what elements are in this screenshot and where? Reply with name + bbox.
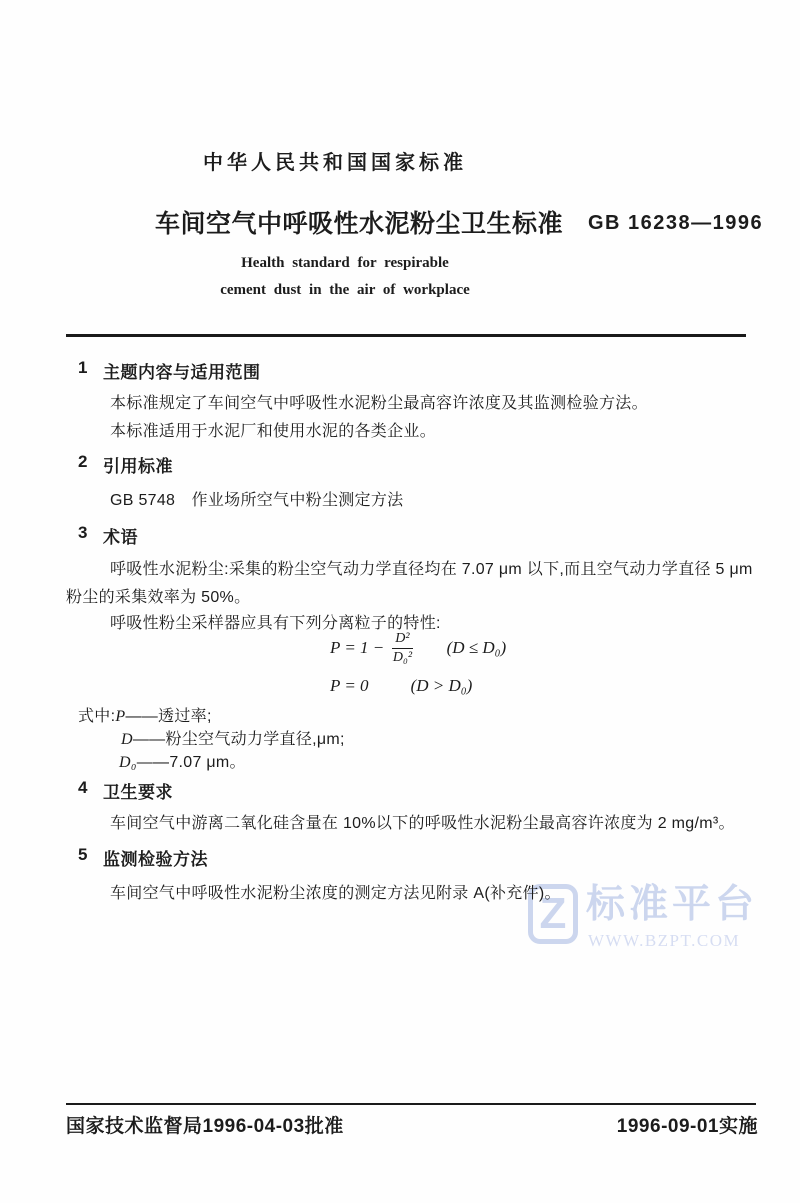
- section-5-heading: 5 监测检验方法: [78, 845, 208, 870]
- where-desc-d0: ——7.07 μm。: [137, 754, 246, 771]
- section-4-title: 卫生要求: [103, 778, 173, 803]
- formula-2-condition: (D > D₀): [411, 676, 473, 696]
- section-5-title: 监测检验方法: [103, 845, 208, 870]
- where-label: 式中:: [78, 708, 115, 725]
- formula-1-denominator: D₀²: [393, 649, 412, 667]
- section-1-heading: 1 主题内容与适用范围: [78, 358, 260, 383]
- where-desc-p: ——透过率;: [125, 708, 211, 725]
- section-2-reference: GB 5748 作业场所空气中粉尘测定方法: [66, 487, 756, 515]
- where-row-p: 式中:P——透过率;: [78, 703, 212, 726]
- country-standard-title: 中华人民共和国国家标准: [203, 146, 467, 175]
- standard-document-page: 中华人民共和国国家标准 车间空气中呼吸性水泥粉尘卫生标准 GB 16238—19…: [0, 0, 800, 1203]
- section-2-title: 引用标准: [103, 452, 173, 477]
- header-divider-rule: [66, 334, 746, 337]
- formula-1-fraction: D² D₀²: [392, 630, 412, 666]
- watermark-url: WWW.BZPT.COM: [588, 931, 758, 951]
- document-title: 车间空气中呼吸性水泥粉尘卫生标准: [155, 204, 563, 240]
- section-1-paragraph-2: 本标准适用于水泥厂和使用水泥的各类企业。: [66, 418, 756, 446]
- implementation-date: 1996-09-01实施: [617, 1111, 758, 1138]
- formula-2-lead: P = 0: [330, 676, 369, 696]
- section-2-number: 2: [78, 452, 88, 477]
- section-3-paragraph-1: 呼吸性水泥粉尘:采集的粉尘空气动力学直径均在 7.07 μm 以下,而且空气动力…: [66, 556, 756, 612]
- section-1-number: 1: [78, 358, 88, 383]
- section-5-number: 5: [78, 845, 88, 870]
- section-4-paragraph-1: 车间空气中游离二氧化硅含量在 10%以下的呼吸性水泥粉尘最高容许浓度为 2 mg…: [66, 810, 756, 838]
- english-subtitle-line1: Health standard for respirable: [120, 255, 570, 272]
- section-4-heading: 4 卫生要求: [78, 778, 173, 803]
- footer-divider-rule: [66, 1103, 756, 1105]
- where-desc-d: ——粉尘空气动力学直径,μm;: [133, 731, 345, 748]
- section-3-heading: 3 术语: [78, 523, 138, 548]
- formula-line-2: P = 0 (D > D₀): [330, 676, 472, 696]
- section-5-paragraph-1: 车间空气中呼吸性水泥粉尘浓度的测定方法见附录 A(补充件)。: [66, 880, 756, 908]
- english-subtitle-line2: cement dust in the air of workplace: [120, 282, 570, 299]
- section-3-number: 3: [78, 523, 88, 548]
- where-var-d0: D₀: [119, 754, 137, 771]
- where-row-d: D——粉尘空气动力学直径,μm;: [121, 726, 345, 749]
- where-var-p: P: [115, 708, 125, 725]
- approval-statement: 国家技术监督局1996-04-03批准: [66, 1111, 344, 1138]
- section-4-number: 4: [78, 778, 88, 803]
- standard-number: GB 16238—1996: [588, 212, 763, 235]
- section-3-title: 术语: [103, 523, 138, 548]
- where-row-d0: D₀——7.07 μm。: [119, 749, 246, 772]
- formula-1-numerator: D²: [392, 630, 412, 649]
- section-2-heading: 2 引用标准: [78, 452, 173, 477]
- section-1-title: 主题内容与适用范围: [103, 358, 261, 383]
- formula-1-condition: (D ≤ D₀): [447, 638, 507, 658]
- formula-1-lead: P = 1 −: [330, 638, 384, 658]
- english-subtitle: Health standard for respirable cement du…: [120, 255, 570, 299]
- section-1-paragraph-1: 本标准规定了车间空气中呼吸性水泥粉尘最高容许浓度及其监测检验方法。: [66, 390, 756, 418]
- where-var-d: D: [121, 731, 133, 748]
- formula-line-1: P = 1 − D² D₀² (D ≤ D₀): [330, 630, 506, 666]
